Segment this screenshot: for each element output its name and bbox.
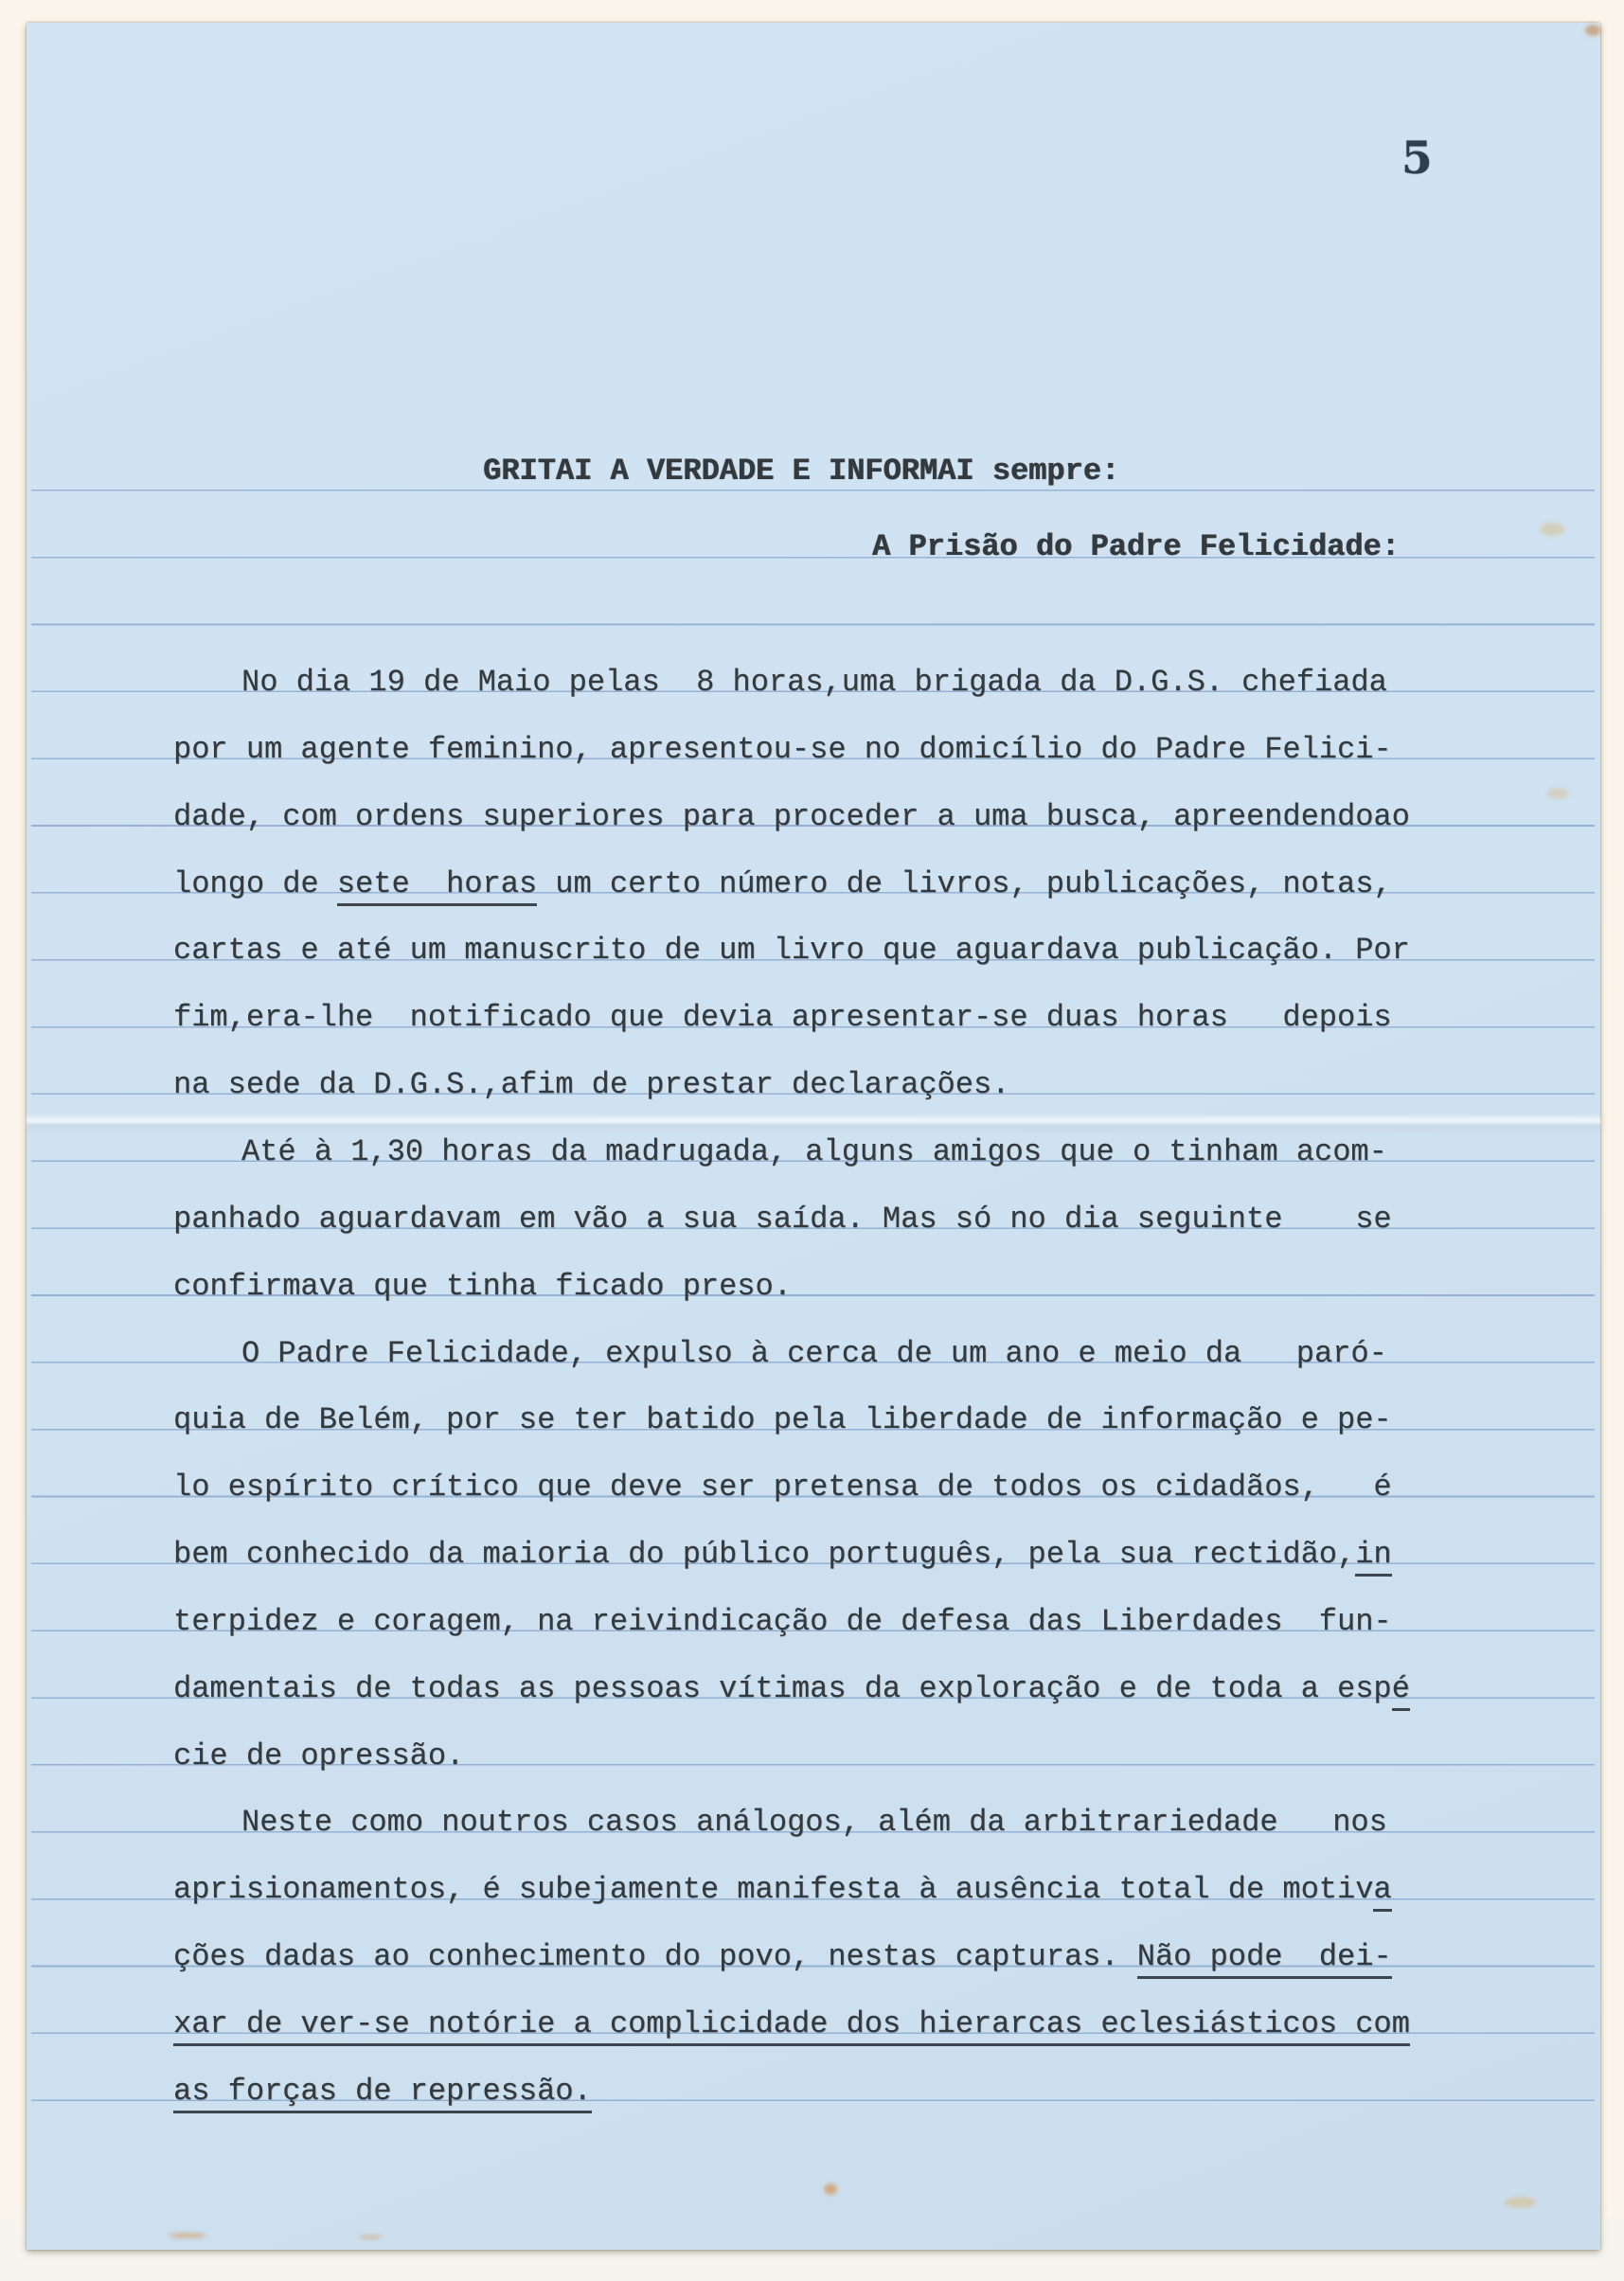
text-segment: bem conhecido da maioria do público port… <box>173 1537 1355 1572</box>
text-segment: confirmava que tinha ficado preso. <box>173 1269 792 1304</box>
document-body: No dia 19 de Maio pelas 8 horas,uma brig… <box>27 23 1600 2250</box>
text-segment: um certo número de livros, publicações, … <box>537 866 1392 901</box>
underlined-text: as forças de repressão. <box>173 2074 592 2113</box>
underlined-text: in <box>1355 1537 1391 1577</box>
text-segment: dade, com ordens superiores para procede… <box>173 799 1410 834</box>
text-line: fim,era-lhe notificado que devia apresen… <box>173 1003 1562 1033</box>
text-line: confirmava que tinha ficado preso. <box>173 1272 1562 1302</box>
underlined-text: sete horas <box>337 866 537 906</box>
text-line: bem conhecido da maioria do público port… <box>173 1540 1562 1570</box>
text-segment: aprisionamentos, é subejamente manifesta… <box>173 1872 1373 1907</box>
text-line: terpidez e coragem, na reivindicação de … <box>173 1607 1562 1637</box>
text-line: damentais de todas as pessoas vítimas da… <box>173 1674 1562 1704</box>
text-line: panhado aguardavam em vão a sua saída. M… <box>173 1204 1562 1235</box>
text-line: No dia 19 de Maio pelas 8 horas,uma brig… <box>173 668 1562 698</box>
text-segment: quia de Belém, por se ter batido pela li… <box>173 1402 1392 1437</box>
text-segment: por um agente feminino, apresentou-se no… <box>173 732 1392 767</box>
text-line: quia de Belém, por se ter batido pela li… <box>173 1405 1562 1435</box>
text-line: O Padre Felicidade, expulso à cerca de u… <box>173 1339 1562 1369</box>
text-segment: Neste como noutros casos análogos, além … <box>241 1805 1387 1840</box>
text-segment: lo espírito crítico que deve ser pretens… <box>173 1470 1392 1505</box>
text-segment: fim,era-lhe notificado que devia apresen… <box>173 1000 1392 1035</box>
text-line: por um agente feminino, apresentou-se no… <box>173 735 1562 765</box>
text-segment: O Padre Felicidade, expulso à cerca de u… <box>241 1336 1387 1371</box>
document-page: 5 GRITAI A VERDADE E INFORMAI sempre: A … <box>27 23 1600 2250</box>
text-line: dade, com ordens superiores para procede… <box>173 802 1562 832</box>
underlined-text: Não pode dei- <box>1137 1939 1392 1979</box>
text-segment: longo de <box>173 866 337 901</box>
text-line: xar de ver-se notórie a complicidade dos… <box>173 2009 1562 2040</box>
text-segment: na sede da D.G.S.,afim de prestar declar… <box>173 1067 1009 1102</box>
text-segment: terpidez e coragem, na reivindicação de … <box>173 1604 1392 1639</box>
text-line: Neste como noutros casos análogos, além … <box>173 1808 1562 1838</box>
text-segment: cartas e até um manuscrito de um livro q… <box>173 933 1410 968</box>
underlined-text: é <box>1392 1671 1410 1711</box>
text-segment: damentais de todas as pessoas vítimas da… <box>173 1671 1392 1706</box>
text-segment: Até à 1,30 horas da madrugada, alguns am… <box>241 1134 1387 1169</box>
text-segment: ções dadas ao conhecimento do povo, nest… <box>173 1939 1137 1974</box>
text-line: lo espírito crítico que deve ser pretens… <box>173 1472 1562 1503</box>
text-segment: No dia 19 de Maio pelas 8 horas,uma brig… <box>241 665 1387 700</box>
text-line: longo de sete horas um certo número de l… <box>173 869 1562 900</box>
text-line: Até à 1,30 horas da madrugada, alguns am… <box>173 1137 1562 1167</box>
text-line: as forças de repressão. <box>173 2076 1562 2107</box>
text-line: cie de opressão. <box>173 1741 1562 1772</box>
underlined-text: xar de ver-se notórie a complicidade dos… <box>173 2006 1410 2046</box>
underlined-text: a <box>1373 1872 1391 1912</box>
text-line: ções dadas ao conhecimento do povo, nest… <box>173 1942 1562 1972</box>
text-line: cartas e até um manuscrito de um livro q… <box>173 936 1562 966</box>
text-segment: cie de opressão. <box>173 1738 464 1773</box>
text-line: aprisionamentos, é subejamente manifesta… <box>173 1875 1562 1905</box>
text-segment: panhado aguardavam em vão a sua saída. M… <box>173 1202 1392 1237</box>
text-line: na sede da D.G.S.,afim de prestar declar… <box>173 1070 1562 1100</box>
